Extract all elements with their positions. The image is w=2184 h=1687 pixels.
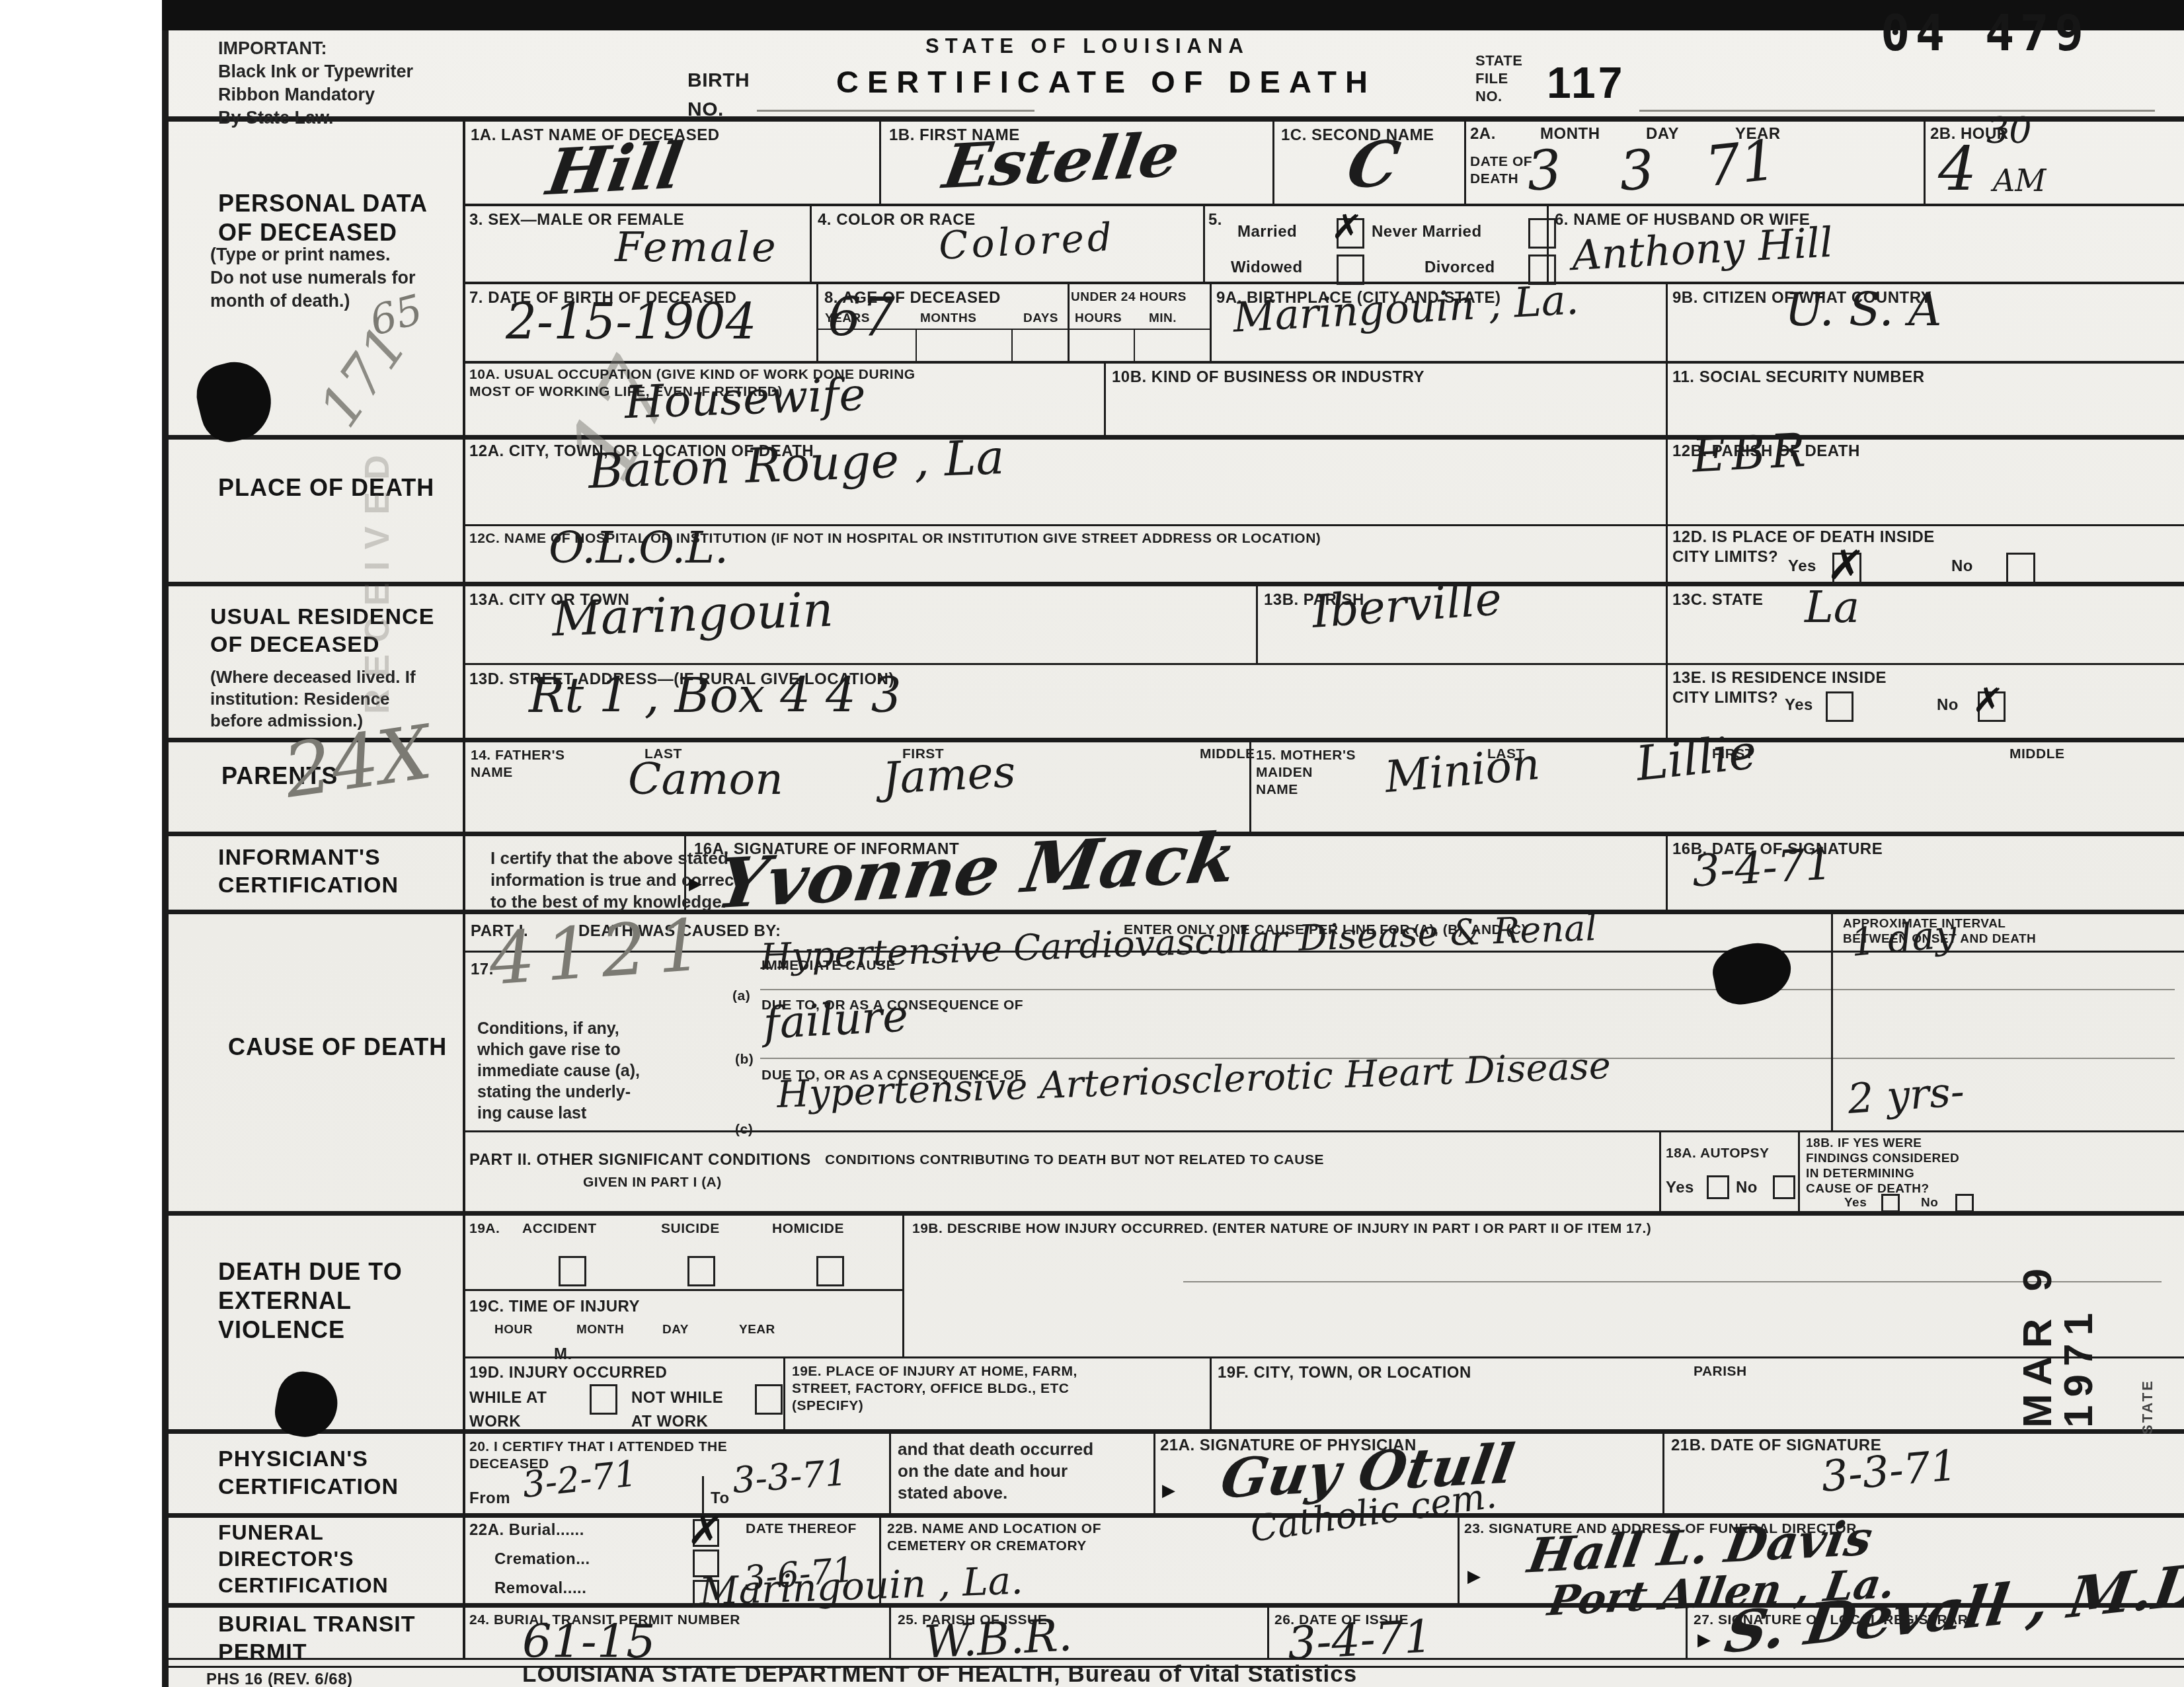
- checkbox-while-at-work: [590, 1384, 617, 1415]
- grid-line: [1256, 585, 1258, 664]
- value-death-ampm: AM: [1993, 167, 2046, 196]
- grid-line: [783, 1357, 785, 1430]
- received-date-stamp: MAR 9 1971: [2017, 1218, 2099, 1428]
- value-father-first: James: [881, 752, 1016, 800]
- field-label-10b: 10B. KIND OF BUSINESS OR INDUSTRY: [1112, 368, 1424, 387]
- field-label-18b: 18B. IF YES WERE FINDINGS CONSIDERED IN …: [1806, 1136, 1959, 1197]
- label-father-middle: MIDDLE: [1200, 746, 1255, 763]
- value-citizen: U. S. A: [1785, 288, 1942, 332]
- field-label-13c: 13C. STATE: [1672, 590, 1763, 610]
- grid-line: [1464, 121, 1466, 204]
- grid-line: [816, 283, 818, 362]
- grid-line: [889, 1605, 891, 1659]
- value-attended-from: 3-2-71: [521, 1456, 639, 1502]
- label-date-thereof: DATE THEREOF: [746, 1520, 857, 1538]
- value-occupation: Housewife: [624, 374, 867, 425]
- state-file-number: 117: [1547, 61, 1625, 104]
- value-cemetery-location: Maringouin , La.: [699, 1562, 1023, 1610]
- label-20b: and that death occurred on the date and …: [898, 1438, 1093, 1504]
- section-personal-data: PERSONAL DATA OF DECEASED: [218, 189, 428, 247]
- value-street-address: Rt 1 , Box 4 4 3: [529, 673, 901, 718]
- label-while-at: WHILE AT: [469, 1388, 547, 1408]
- label-13e-yes: Yes: [1785, 695, 1813, 715]
- section-place-of-death: PLACE OF DEATH: [218, 473, 434, 502]
- value-first-name: Estelle: [939, 126, 1183, 196]
- footer-department: LOUISIANA STATE DEPARTMENT OF HEALTH, Bu…: [522, 1665, 1357, 1684]
- label-suicide: SUICIDE: [661, 1220, 720, 1237]
- value-father-last: Camon: [628, 759, 783, 801]
- value-issue-parish: W.B.R.: [923, 1614, 1073, 1665]
- grid-line: [1104, 362, 1106, 436]
- section-usual-residence: USUAL RESIDENCE OF DECEASED: [210, 603, 434, 658]
- value-city-of-death: Baton Rouge , La: [588, 434, 1005, 494]
- label-12d-no: No: [1951, 557, 1973, 576]
- signature-arrow-icon: ▶: [1697, 1631, 1711, 1649]
- value-hospital: O.L.O.L.: [549, 528, 728, 569]
- label-work: WORK: [469, 1412, 521, 1432]
- grid-line: [1798, 1132, 1800, 1212]
- field-label-19b: 19B. DESCRIBE HOW INJURY OCCURRED. (ENTE…: [912, 1220, 1651, 1237]
- section-informant: INFORMANT'S CERTIFICATION: [218, 843, 399, 899]
- label-part2b: CONDITIONS CONTRIBUTING TO DEATH BUT NOT…: [825, 1152, 1324, 1169]
- value-death-month: 3: [1525, 144, 1563, 198]
- value-interval-c: 2 yrs-: [1846, 1072, 1965, 1119]
- checkbox-widowed: [1337, 255, 1364, 285]
- value-issue-date: 3-4-71: [1286, 1616, 1433, 1666]
- checkbox-homicide: [816, 1256, 844, 1286]
- section-external-violence: DEATH DUE TO EXTERNAL VIOLENCE: [218, 1257, 403, 1345]
- value-permit-number: 61-15: [522, 1620, 656, 1664]
- value-code-17: 4121: [487, 911, 715, 994]
- value-residence-city: Maringouin: [551, 587, 834, 642]
- label-19c-month: MONTH: [576, 1322, 624, 1337]
- section-burial-transit: BURIAL TRANSIT PERMIT: [218, 1610, 416, 1666]
- label-b: (b): [735, 1051, 754, 1068]
- field-label-19d: 19D. INJURY OCCURRED: [469, 1363, 667, 1383]
- value-mother-first: Lillie: [1634, 729, 1759, 787]
- signature-arrow-icon: ▶: [1467, 1568, 1481, 1585]
- label-part2c: GIVEN IN PART I (A): [583, 1174, 722, 1191]
- checkmark: ✗: [1330, 208, 1364, 247]
- label-under-24-hours: UNDER 24 HOURS: [1071, 290, 1187, 305]
- value-dob: 2-15-1904: [506, 299, 757, 345]
- grid-line: [463, 361, 2184, 364]
- grid-line: [165, 1658, 2184, 1660]
- grid-line: [463, 1356, 2184, 1358]
- checkbox-autopsy-yes: [1707, 1175, 1729, 1199]
- checkbox-autopsy-no: [1773, 1175, 1795, 1199]
- grid-line: [463, 121, 465, 1658]
- field-label-19f: 19F. CITY, TOWN, OR LOCATION: [1218, 1363, 1471, 1383]
- value-age: 67: [828, 292, 895, 342]
- label-a: (a): [732, 988, 750, 1005]
- checkmark: ✗: [1971, 682, 2005, 720]
- value-residence-state: La: [1805, 587, 1859, 629]
- label-18b-yes: Yes: [1844, 1195, 1867, 1210]
- grid-line: [1153, 1431, 1155, 1514]
- checkbox-13e-no: ✗: [1978, 691, 2006, 722]
- field-label-22a: 22A. Burial......: [469, 1520, 584, 1540]
- signature-arrow-icon: ▶: [689, 875, 702, 892]
- grid-line: [1210, 283, 1212, 362]
- pencil-mark-24x: 24X: [280, 717, 436, 807]
- section-cause-of-death: CAUSE OF DEATH: [228, 1033, 447, 1062]
- important-notice: IMPORTANT: Black Ink or Typewriter Ribbo…: [218, 37, 413, 130]
- label-19c-day: DAY: [662, 1322, 689, 1337]
- label-state-edge: STATE: [2140, 1362, 2155, 1434]
- checkbox-married: ✗: [1337, 218, 1364, 249]
- grid-line: [1666, 362, 1668, 436]
- field-label-19e: 19E. PLACE OF INJURY AT HOME, FARM, STRE…: [792, 1363, 1077, 1415]
- label-c: (c): [735, 1121, 753, 1138]
- label-hours: HOURS: [1075, 311, 1122, 326]
- grid-line: [810, 205, 812, 282]
- checkbox-18b-no: [1955, 1194, 1974, 1212]
- grid-line: [1666, 585, 1668, 664]
- label-m: M.: [554, 1345, 572, 1364]
- value-death-minutes: 30: [1986, 114, 2032, 147]
- grid-line: [902, 1213, 904, 1357]
- signature-arrow-icon: ▶: [1162, 1482, 1175, 1499]
- grid-line: [760, 989, 2175, 990]
- label-divorced: Divorced: [1424, 258, 1495, 278]
- value-race: Colored: [938, 219, 1116, 264]
- label-widowed: Widowed: [1231, 258, 1303, 278]
- field-label-11: 11. SOCIAL SECURITY NUMBER: [1672, 368, 1925, 387]
- label-at-work: AT WORK: [631, 1412, 708, 1432]
- grid-line: [463, 663, 2184, 665]
- value-spouse: Anthony Hill: [1571, 223, 1834, 276]
- grid-line: [1068, 283, 1070, 362]
- checkbox-18b-yes: [1881, 1194, 1900, 1212]
- label-months: MONTHS: [920, 311, 976, 326]
- field-label-22b: 22B. NAME AND LOCATION OF CEMETERY OR CR…: [887, 1520, 1101, 1555]
- field-label-2a: 2A.: [1470, 124, 1496, 144]
- grid-line: [463, 1130, 2184, 1132]
- grid-line: [463, 204, 2184, 206]
- grid-line: [1203, 205, 1205, 282]
- birth-no-line: [757, 110, 1034, 112]
- checkbox-burial: ✗: [693, 1519, 719, 1547]
- label-homicide: HOMICIDE: [772, 1220, 844, 1237]
- label-13e-no: No: [1937, 695, 1959, 715]
- birth-no-label: BIRTH NO.: [687, 66, 750, 124]
- field-label-15: 15. MOTHER'S MAIDEN NAME: [1256, 747, 1356, 799]
- label-to: To: [711, 1489, 730, 1509]
- label-date-of-death: DATE OF DEATH: [1470, 153, 1532, 188]
- value-last-name: Hill: [543, 136, 687, 203]
- label-days: DAYS: [1023, 311, 1058, 326]
- label-min: MIN.: [1149, 311, 1177, 326]
- value-mother-last: Minion: [1384, 744, 1541, 799]
- label-from: From: [469, 1489, 510, 1509]
- grid-line: [1831, 912, 1833, 1132]
- label-12d-yes: Yes: [1788, 557, 1816, 576]
- value-physician-date: 3-3-71: [1820, 1446, 1959, 1498]
- label-conditions: Conditions, if any, which gave rise to i…: [477, 1018, 640, 1124]
- certificate-title: CERTIFICATE OF DEATH: [836, 66, 1376, 97]
- checkbox-12d-no: [2006, 553, 2035, 584]
- state-file-line: [1639, 110, 2155, 112]
- field-label-13e: 13E. IS RESIDENCE INSIDE CITY LIMITS?: [1672, 668, 1887, 708]
- label-removal: Removal.....: [494, 1579, 586, 1598]
- label-never-married: Never Married: [1372, 222, 1482, 242]
- grid-line: [1011, 329, 1013, 362]
- grid-line: [1666, 834, 1668, 910]
- field-label-14: 14. FATHER'S NAME: [471, 747, 565, 781]
- value-residence-parish: Iberville: [1311, 578, 1503, 634]
- value-death-hour: 4: [1938, 140, 1977, 198]
- field-label-19c: 19C. TIME OF INJURY: [469, 1297, 640, 1317]
- checkbox-12d-yes: ✗: [1832, 553, 1861, 584]
- death-certificate-scan: IMPORTANT: Black Ink or Typewriter Ribbo…: [0, 0, 2184, 1687]
- label-18a-no: No: [1736, 1178, 1758, 1198]
- grid-line: [1666, 436, 1668, 582]
- stamped-file-number: 04 479: [1881, 9, 2089, 58]
- grid-line: [1924, 121, 1926, 204]
- checkmark: ✗: [686, 1509, 724, 1553]
- checkbox-not-while-at-work: [755, 1384, 783, 1415]
- grid-line: [889, 1431, 891, 1514]
- label-parish-19f: PARISH: [1694, 1363, 1747, 1380]
- value-death-year: 71: [1703, 134, 1779, 194]
- value-attended-to: 3-3-71: [731, 1456, 848, 1497]
- field-label-18a: 18A. AUTOPSY: [1666, 1145, 1770, 1162]
- label-19c-hour: HOUR: [494, 1322, 533, 1337]
- grid-line: [1272, 121, 1274, 204]
- value-cause-b: failure: [763, 996, 910, 1044]
- value-sex: Female: [615, 228, 778, 267]
- ghost-backstamp: RECEIVED: [360, 370, 395, 714]
- grid-line: [463, 1289, 902, 1291]
- grid-line: [1267, 1605, 1269, 1659]
- label-cremation: Cremation...: [494, 1550, 590, 1569]
- label-part2: PART II. OTHER SIGNIFICANT CONDITIONS: [469, 1150, 811, 1170]
- state-title: STATE OF LOUISIANA: [925, 36, 1249, 56]
- checkbox-accident: [559, 1256, 586, 1286]
- grid-line: [1134, 329, 1135, 362]
- section-physician: PHYSICIAN'S CERTIFICATION: [218, 1445, 399, 1501]
- value-death-day: 3: [1618, 144, 1655, 198]
- value-informant-date: 3-4-71: [1692, 843, 1834, 892]
- label-accident: ACCIDENT: [522, 1220, 597, 1237]
- grid-line: [1659, 1132, 1661, 1212]
- value-second-name: C: [1343, 134, 1403, 196]
- label-not-while: NOT WHILE: [631, 1388, 723, 1408]
- section-funeral-director: FUNERAL DIRECTOR'S CERTIFICATION: [218, 1519, 389, 1598]
- grid-line: [916, 329, 917, 362]
- value-parish-of-death: EBR: [1691, 428, 1811, 478]
- grid-line: [1458, 1515, 1460, 1604]
- form-number: PHS 16 (REV. 6/68): [206, 1670, 353, 1687]
- label-18a-yes: Yes: [1666, 1178, 1694, 1198]
- field-label-5: 5.: [1208, 210, 1222, 230]
- grid-line: [162, 30, 169, 1687]
- field-label-19a: 19A.: [469, 1220, 500, 1237]
- checkbox-suicide: [687, 1256, 715, 1286]
- checkbox-never-married: [1528, 218, 1556, 249]
- checkbox-13e-yes: [1826, 691, 1853, 722]
- label-18b-no: No: [1921, 1195, 1938, 1210]
- state-file-label: STATE FILE NO.: [1475, 52, 1522, 105]
- grid-line: [1666, 664, 1668, 738]
- value-interval-a: 1 day: [1850, 916, 1958, 961]
- grid-line: [1662, 1431, 1664, 1514]
- label-19c-year: YEAR: [739, 1322, 775, 1337]
- grid-line: [1666, 283, 1668, 362]
- grid-line: [879, 121, 881, 204]
- grid-line: [1210, 1357, 1212, 1430]
- label-mother-middle: MIDDLE: [2009, 746, 2065, 763]
- label-married: Married: [1237, 222, 1297, 242]
